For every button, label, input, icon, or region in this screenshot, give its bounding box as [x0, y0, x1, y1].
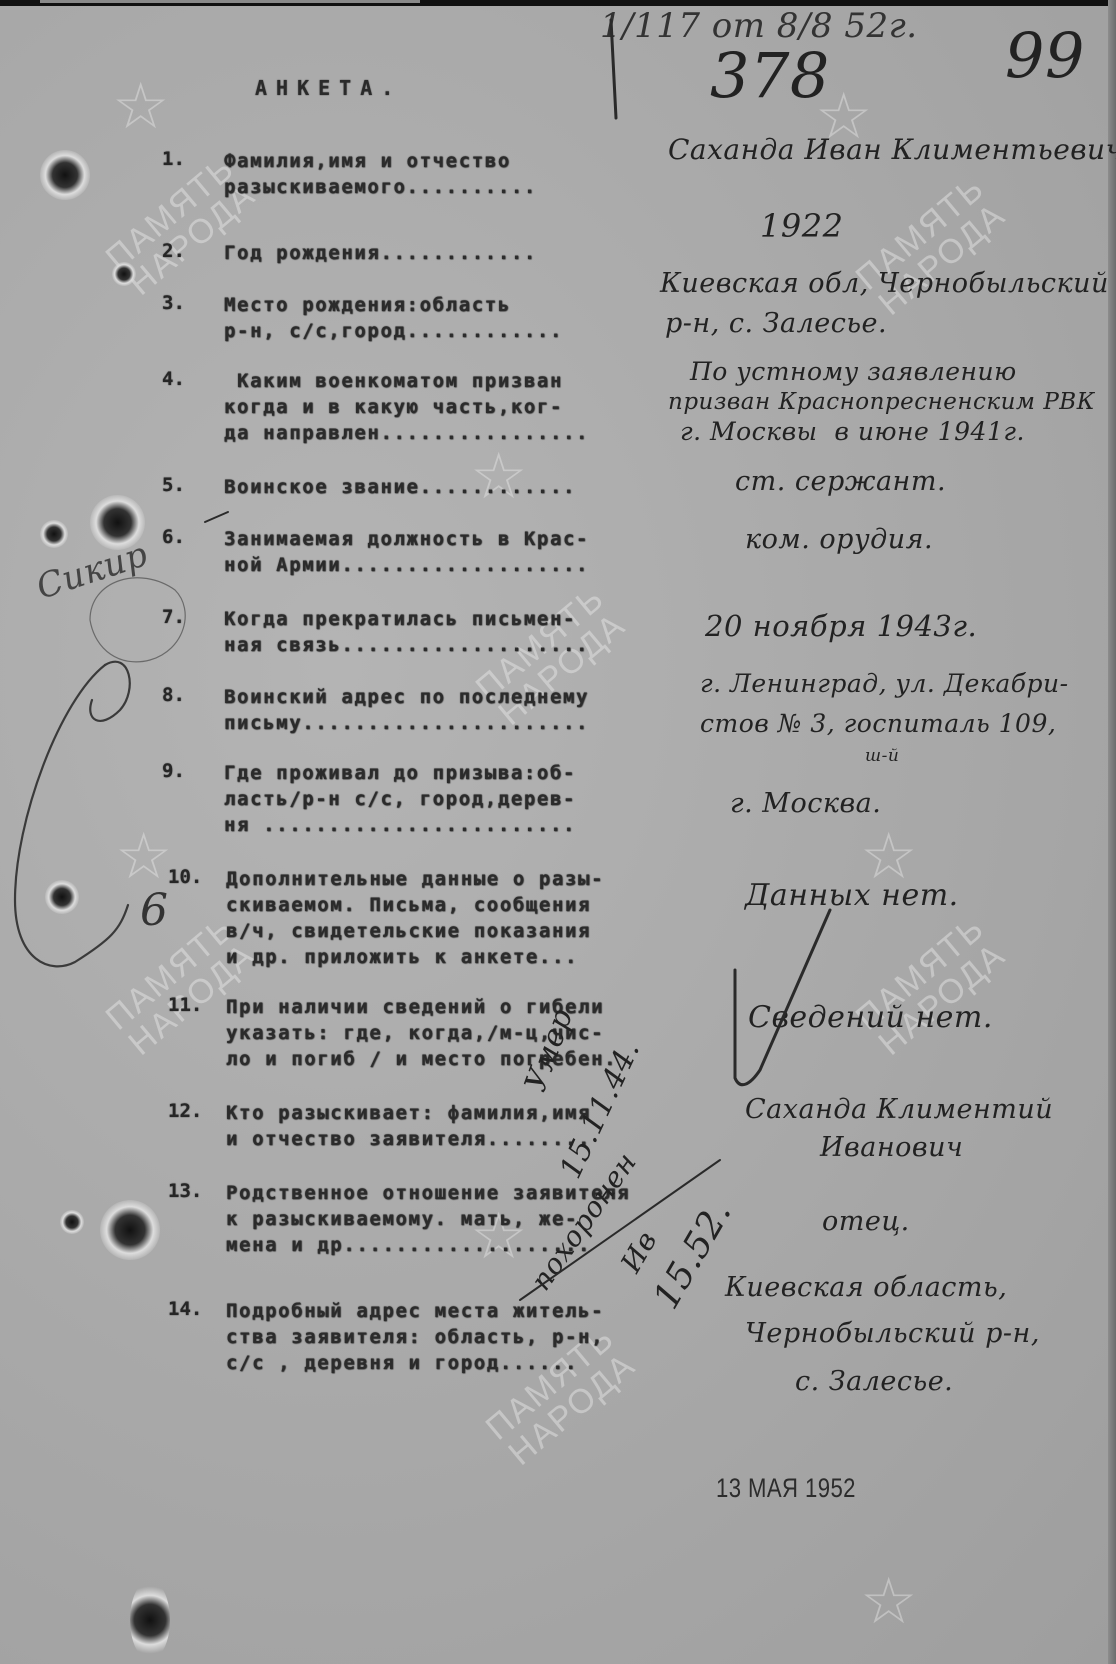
- question-number: 5.: [162, 474, 185, 496]
- question-number: 14.: [168, 1298, 202, 1320]
- question-line: Воинское звание............: [224, 474, 576, 500]
- question-text: Фамилия,имя и отчестворазыскиваемого....…: [224, 148, 537, 200]
- punch-hole: [60, 1210, 84, 1234]
- answer-4-line3: г. Москвы в июне 1941г.: [680, 416, 1025, 448]
- reference-number: 1/117 от 8/8 52г.: [600, 10, 918, 42]
- margin-note: Сикир: [33, 538, 152, 604]
- scan-top-edge: [0, 0, 1116, 6]
- question-number: 1.: [162, 148, 185, 170]
- question-line: ласть/р-н с/с, город,дерев-: [224, 786, 576, 812]
- question-line: ства заявителя: область, р-н,: [226, 1324, 604, 1350]
- star-watermark-icon: ☆: [112, 70, 169, 144]
- answer-1-full-name: Саханда Иван Климентьевич: [668, 134, 1116, 166]
- question-number: 11.: [168, 994, 202, 1016]
- answer-11-death-info: Сведений нет.: [748, 1002, 993, 1034]
- question-line: с/с , деревня и город......: [226, 1350, 604, 1376]
- scan-right-edge: [1108, 0, 1116, 1664]
- question-line: разыскиваемого..........: [224, 174, 537, 200]
- punch-hole: [40, 520, 68, 548]
- question-number: 13.: [168, 1180, 202, 1202]
- question-line: Кто разыскивает: фамилия,имя: [226, 1100, 591, 1126]
- answer-6-position: ком. орудия.: [745, 524, 933, 556]
- question-number: 9.: [162, 760, 185, 782]
- question-text: Воинское звание............: [224, 474, 576, 500]
- question-line: Дополнительные данные о разы-: [226, 866, 604, 892]
- question-line: ной Армии...................: [224, 552, 589, 578]
- diagonal-note-signature-date: 15.52.: [650, 1196, 736, 1314]
- question-line: Где проживал до призыва:об-: [224, 760, 576, 786]
- answer-4-line1: По устному заявлению: [690, 356, 1017, 388]
- sheet-number: 99: [1005, 40, 1085, 72]
- punch-hole: [40, 150, 90, 200]
- punch-hole: [112, 262, 136, 286]
- question-line: когда и в какую часть,ког-: [224, 394, 589, 420]
- question-number: 2.: [162, 240, 185, 262]
- answer-5-rank: ст. сержант.: [735, 466, 946, 498]
- answer-8-address-line1: г. Ленинград, ул. Декабри-: [700, 668, 1069, 700]
- question-line: и отчество заявителя........: [226, 1126, 591, 1152]
- answer-3-birthplace-line1: Киевская обл, Чернобыльский: [660, 268, 1109, 300]
- question-text: Каким военкоматом призванкогда и в какую…: [224, 368, 589, 446]
- question-text: Когда прекратилась письмен-ная связь....…: [224, 606, 589, 658]
- answer-4-line2: призван Краснопресненским РВК: [668, 386, 1095, 418]
- question-text: Подробный адрес места житель-ства заявит…: [226, 1298, 604, 1376]
- answer-14-address-line1: Киевская область,: [725, 1272, 1007, 1304]
- question-line: Каким военкоматом призван: [224, 368, 589, 394]
- answer-12-applicant-line2: Иванович: [820, 1132, 963, 1164]
- question-line: да направлен................: [224, 420, 589, 446]
- document-page: ☆ ПАМЯТЬ НАРОДА ☆ ПАМЯТЬ НАРОДА ☆ ПАМЯТЬ…: [0, 0, 1116, 1664]
- question-number: 10.: [168, 866, 202, 888]
- answer-13-relation: отец.: [822, 1206, 910, 1238]
- question-line: в/ч, свидетельские показания: [226, 918, 604, 944]
- question-line: Год рождения............: [224, 240, 537, 266]
- question-number: 4.: [162, 368, 185, 390]
- form-title: АНКЕТА.: [255, 76, 402, 100]
- question-text: Место рождения:областьр-н, с/с,город....…: [224, 292, 563, 344]
- question-number: 12.: [168, 1100, 202, 1122]
- question-line: Родственное отношение заявителя: [226, 1180, 630, 1206]
- punch-hole: [45, 880, 79, 914]
- question-text: Где проживал до призыва:об-ласть/р-н с/с…: [224, 760, 576, 838]
- watermark: ПАМЯТЬ НАРОДА: [850, 910, 1013, 1062]
- question-text: Год рождения............: [224, 240, 537, 266]
- file-number: 378: [710, 60, 830, 92]
- answer-8-address-line2: стов № 3, госпиталь 109,: [700, 708, 1056, 740]
- answer-9-residence: г. Москва.: [730, 788, 881, 820]
- question-number: 8.: [162, 684, 185, 706]
- received-date-stamp: 13 МАЯ 1952: [716, 1473, 856, 1504]
- question-line: Воинский адрес по последнему: [224, 684, 589, 710]
- answer-2-birth-year: 1922: [760, 210, 843, 242]
- answer-7-last-contact: 20 ноября 1943г.: [705, 610, 977, 642]
- answer-14-address-line2: Чернобыльский р-н,: [745, 1318, 1040, 1350]
- question-line: Место рождения:область: [224, 292, 563, 318]
- question-line: р-н, с/с,город............: [224, 318, 563, 344]
- answer-8-address-line3: ш-й: [865, 740, 899, 772]
- question-line: скиваемом. Письма, сообщения: [226, 892, 604, 918]
- question-line: Занимаемая должность в Крас-: [224, 526, 589, 552]
- answer-12-applicant-line1: Саханда Климентий: [745, 1094, 1053, 1126]
- margin-digit: 6: [140, 895, 169, 927]
- question-line: Фамилия,имя и отчество: [224, 148, 537, 174]
- question-number: 3.: [162, 292, 185, 314]
- answer-10-additional: Данных нет.: [745, 880, 959, 912]
- question-text: Дополнительные данные о разы-скиваемом. …: [226, 866, 604, 970]
- question-line: ная связь...................: [224, 632, 589, 658]
- question-line: Подробный адрес места житель-: [226, 1298, 604, 1324]
- question-text: Кто разыскивает: фамилия,имяи отчество з…: [226, 1100, 591, 1152]
- question-line: письму......................: [224, 710, 589, 736]
- question-text: Воинский адрес по последнемуписьму......…: [224, 684, 589, 736]
- answer-14-address-line3: с. Залесье.: [795, 1366, 953, 1398]
- answer-3-birthplace-line2: р-н, с. Залесье.: [665, 308, 887, 340]
- question-line: Когда прекратилась письмен-: [224, 606, 589, 632]
- question-text: Занимаемая должность в Крас-ной Армии...…: [224, 526, 589, 578]
- punch-hole: [100, 1200, 160, 1260]
- star-watermark-icon: ☆: [115, 820, 172, 894]
- question-line: и др. приложить к анкете...: [226, 944, 604, 970]
- question-line: ня ........................: [224, 812, 576, 838]
- star-watermark-icon: ☆: [860, 1565, 917, 1639]
- punch-hole: [130, 1580, 170, 1660]
- question-number: 6.: [162, 526, 185, 548]
- question-number: 7.: [162, 606, 185, 628]
